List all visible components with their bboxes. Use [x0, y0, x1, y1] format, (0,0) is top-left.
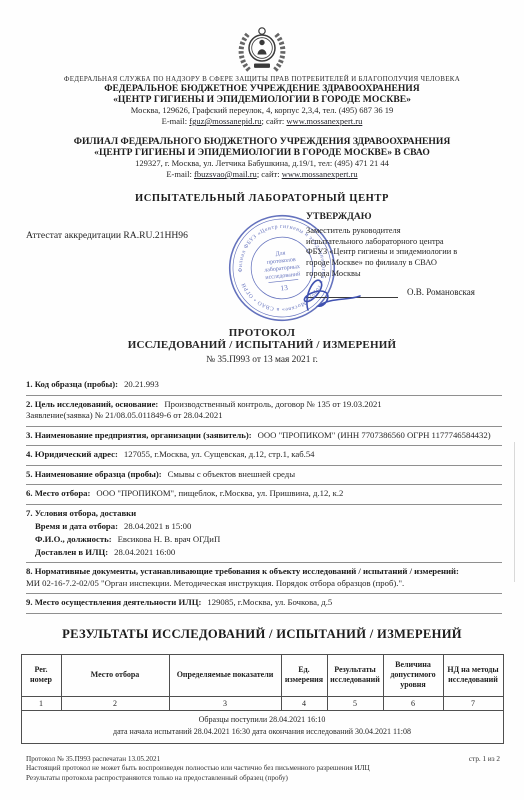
results-title: РЕЗУЛЬТАТЫ ИССЛЕДОВАНИЙ / ИСПЫТАНИЙ / ИЗ… — [0, 627, 524, 642]
col-sampling-place: Место отбора — [61, 654, 169, 696]
approve-line: Заместитель руководителя — [306, 226, 514, 237]
email-label: E-mail: — [166, 169, 194, 179]
results-table: Рег. номер Место отбора Определяемые пок… — [21, 654, 504, 744]
col-results: Результаты исследований — [327, 654, 383, 696]
testing-dates: дата начала испытаний 28.04.2021 16:30 д… — [26, 726, 499, 738]
org-site-link[interactable]: www.mossanexpert.ru — [286, 116, 362, 126]
branch-address: 129327, г. Москва, ул. Летчика Бабушкина… — [0, 158, 524, 169]
footer-disclaimer-1: Настоящий протокол не может быть воспрои… — [26, 764, 500, 774]
page-footer: Протокол № 35.П993 распечатан 13.05.2021… — [26, 755, 500, 784]
site-label: ; сайт: — [257, 169, 282, 179]
field-ilc-address: 9. Место осуществления деятельности ИЛЦ:… — [26, 594, 502, 614]
approve-line: испытательного лабораторного центра — [306, 237, 514, 248]
lab-center-title: ИСПЫТАТЕЛЬНЫЙ ЛАБОРАТОРНЫЙ ЦЕНТР — [0, 193, 524, 204]
footer-protocol-printed: Протокол № 35.П993 распечатан 13.05.2021 — [26, 755, 160, 765]
col-methods: НД на методы исследований — [443, 654, 503, 696]
field-sample-code: 1. Код образца (пробы):20.21.993 — [26, 376, 502, 396]
samples-received: Образцы поступили 28.04.2021 16:10 — [26, 714, 499, 726]
stamp-number: 13 — [280, 283, 289, 293]
org-address: Москва, 129626, Графский переулок, 4, ко… — [0, 105, 524, 116]
signature — [292, 270, 370, 316]
results-header-row: Рег. номер Место отбора Определяемые пок… — [21, 654, 503, 696]
signer-name: О.В. Романовская — [407, 287, 475, 298]
field-normative-docs: 8. Нормативные документы, устанавливающи… — [26, 563, 502, 594]
column-number-row: 1 2 3 4 5 6 7 — [21, 696, 503, 710]
branch-site-link[interactable]: www.mossanexpert.ru — [282, 169, 358, 179]
org-email-link[interactable]: fguz@mossanepid.ru — [189, 116, 261, 126]
agency-name: ФЕДЕРАЛЬНАЯ СЛУЖБА ПО НАДЗОРУ В СФЕРЕ ЗА… — [0, 75, 524, 83]
approve-title: УТВЕРЖДАЮ — [306, 212, 514, 223]
approve-line: городе Москве» по филиалу в СВАО — [306, 258, 514, 269]
samples-info-row: Образцы поступили 28.04.2021 16:10 дата … — [21, 710, 503, 743]
protocol-subtitle: ИССЛЕДОВАНИЙ / ИСПЫТАНИЙ / ИЗМЕРЕНИЙ — [0, 339, 524, 351]
email-label: E-mail: — [162, 116, 190, 126]
field-sample-name: 5. Наименование образца (пробы):Смывы с … — [26, 466, 502, 486]
branch-contact-line: E-mail: fbuzsvao@mail.ru; сайт: www.moss… — [0, 169, 524, 180]
branch-email-link[interactable]: fbuzsvao@mail.ru — [194, 169, 257, 179]
org-name: «ЦЕНТР ГИГИЕНЫ И ЭПИДЕМИОЛОГИИ В ГОРОДЕ … — [0, 94, 524, 105]
stamp-center-line: Для — [275, 250, 286, 257]
site-label: ; сайт: — [262, 116, 287, 126]
scan-artifact — [514, 442, 515, 582]
protocol-number-date: № 35.П993 от 13 мая 2021 г. — [0, 355, 524, 365]
branch-line2: «ЦЕНТР ГИГИЕНЫ И ЭПИДЕМИОЛОГИИ В ГОРОДЕ … — [0, 147, 524, 158]
org-contact-line: E-mail: fguz@mossanepid.ru; сайт: www.mo… — [0, 116, 524, 127]
approve-line: ФБУЗ «Центр гигиены и эпидемиологии в — [306, 247, 514, 258]
col-parameters: Определяемые показатели — [169, 654, 281, 696]
col-units: Ед. измерения — [281, 654, 327, 696]
footer-disclaimer-2: Результаты протокола распространяются то… — [26, 774, 500, 784]
rospotrebnadzor-emblem-icon — [231, 25, 293, 72]
field-legal-address: 4. Юридический адрес:127055, г.Москва, у… — [26, 446, 502, 466]
protocol-fields: 1. Код образца (пробы):20.21.993 2. Цель… — [26, 376, 502, 614]
accreditation-number: Аттестат аккредитации RA.RU.21НН96 — [26, 230, 188, 241]
field-sampling-place: 6. Место отбора:ООО "ПРОПИКОМ", пищеблок… — [26, 485, 502, 505]
approval-section: Аттестат аккредитации RA.RU.21НН96 Филиа… — [0, 212, 524, 318]
sub-field-delivered: Доставлен в ИЛЦ:28.04.2021 16:00 — [26, 547, 502, 559]
col-reg-number: Рег. номер — [21, 654, 61, 696]
sub-field-sampling-time: Время и дата отбора:28.04.2021 в 15:00 — [26, 521, 502, 533]
field-organization: 3. Наименование предприятия, организации… — [26, 427, 502, 447]
col-permissible-level: Величина допустимого уровня — [383, 654, 443, 696]
field-sampling-conditions: 7. Условия отбора, доставки Время и дата… — [26, 505, 502, 564]
branch-line1: ФИЛИАЛ ФЕДЕРАЛЬНОГО БЮДЖЕТНОГО УЧРЕЖДЕНИ… — [0, 136, 524, 147]
protocol-title: ПРОТОКОЛ — [0, 327, 524, 339]
page-number: стр. 1 из 2 — [469, 755, 500, 765]
field-purpose: 2. Цель исследований, основание:Производ… — [26, 396, 502, 427]
org-type: ФЕДЕРАЛЬНОЕ БЮДЖЕТНОЕ УЧРЕЖДЕНИЕ ЗДРАВОО… — [0, 83, 524, 94]
sub-field-sampler-name: Ф.И.О., должность:Евсикова Н. В. врач ОГ… — [26, 534, 502, 546]
protocol-document-page: ФЕДЕРАЛЬНАЯ СЛУЖБА ПО НАДЗОРУ В СФЕРЕ ЗА… — [0, 0, 524, 800]
